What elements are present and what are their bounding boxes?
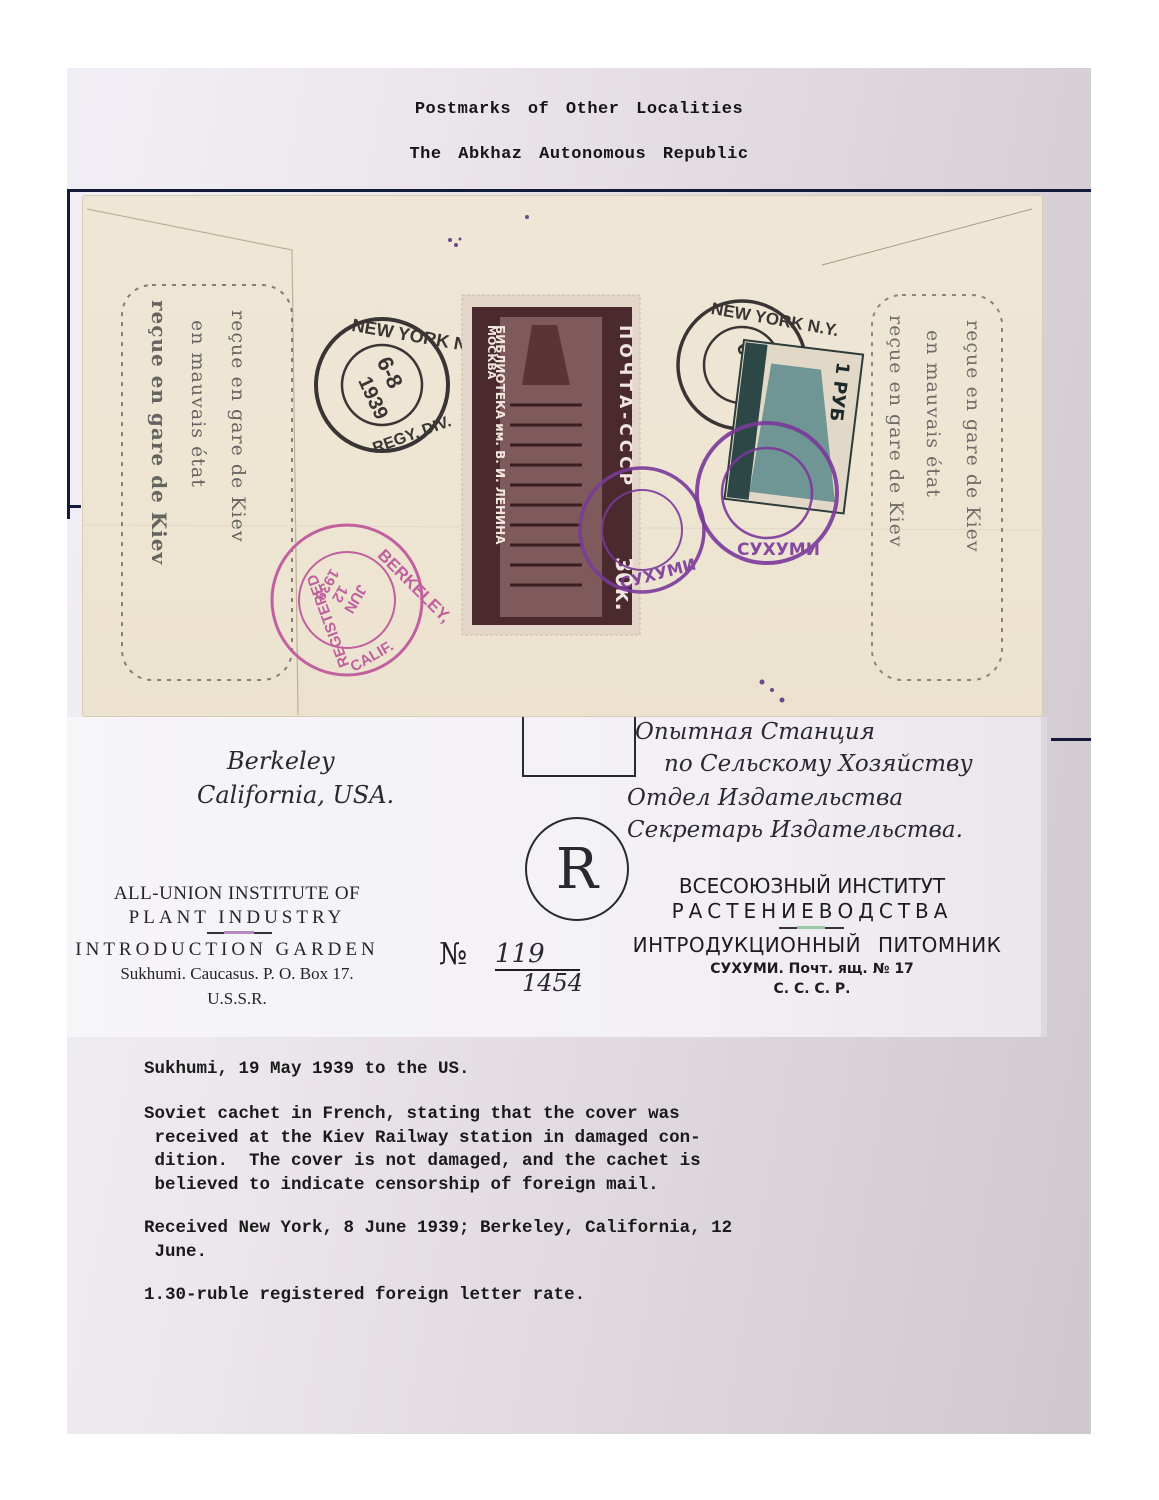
note-received: Received New York, 8 June 1939; Berkeley… [144, 1217, 732, 1264]
institute-ru-line-1: ВСЕСОЮЗНЫЙ ИНСТИТУТ [622, 874, 1002, 898]
handwritten-russian-line-2: по Сельскому Хозяйству [664, 751, 973, 777]
institute-en-line-4: Sukhumi. Caucasus. P. O. Box 17. [67, 964, 407, 984]
note-rate: 1.30-ruble registered foreign letter rat… [144, 1284, 585, 1308]
note-cachet: Soviet cachet in French, stating that th… [144, 1103, 701, 1197]
svg-text:en mauvais état: en mauvais état [922, 330, 944, 498]
kiev-cachet-right: reçue en gare de Kiev en mauvais état re… [872, 295, 1002, 680]
svg-text:ПОЧТА-СССР: ПОЧТА-СССР [615, 325, 635, 489]
svg-text:БИБЛИОТЕКА им. В. И. ЛЕНИНА: БИБЛИОТЕКА им. В. И. ЛЕНИНА [493, 325, 507, 545]
institute-ru-line-2: РАСТЕНИЕВОДСТВА [622, 899, 1002, 923]
cover-artwork: reçue en gare de Kiev en mauvais état re… [82, 195, 1043, 717]
institute-en-line-5: U.S.S.R. [67, 989, 407, 1009]
handwritten-russian-line-1: Опытная Станция [635, 719, 875, 745]
registration-r-mark: R [525, 817, 629, 921]
registration-box [522, 717, 636, 777]
svg-text:reçue en gare de Kiev: reçue en gare de Kiev [962, 320, 984, 553]
page-title: Postmarks of Other Localities [67, 100, 1091, 119]
berkeley-postmark: BERKELEY, CALIF. REGISTERED JUN 12 1939 [272, 525, 455, 676]
page-subtitle: The Abkhaz Autonomous Republic [67, 145, 1091, 164]
svg-text:en mauvais état: en mauvais état [187, 320, 209, 488]
handwritten-address-line-1: Berkeley [227, 747, 335, 775]
number-label: № [439, 937, 467, 972]
institute-en-line-1: ALL-UNION INSTITUTE OF [67, 883, 407, 905]
svg-text:СУХУМИ: СУХУМИ [737, 540, 820, 560]
institute-en-line-2: PLANT INDUSTRY [67, 907, 407, 929]
number-sub: 1454 [522, 969, 583, 997]
institute-ru-line-3: ИНТРОДУКЦИОННЫЙ ПИТОМНИК [612, 933, 1022, 957]
institute-en-line-3: INTRODUCTION GARDEN [47, 939, 407, 961]
kiev-cachet-left: reçue en gare de Kiev en mauvais état re… [122, 285, 292, 680]
handwritten-russian-line-3: Отдел Издательства [627, 785, 903, 811]
cover-envelope: reçue en gare de Kiev en mauvais état re… [82, 195, 1043, 717]
svg-text:NEW YORK N.Y.: NEW YORK N.Y. [710, 299, 840, 340]
svg-text:reçue en gare de Kiev: reçue en gare de Kiev [885, 315, 907, 548]
svg-text:reçue en gare de Kiev: reçue en gare de Kiev [147, 300, 171, 565]
svg-text:BERKELEY,: BERKELEY, [374, 546, 455, 627]
enclosure-card: Berkeley California, USA. R Опытная Стан… [67, 717, 1047, 1037]
handwritten-russian-line-4: Секретарь Издательства. [627, 817, 963, 843]
mount-frame-right [1051, 738, 1091, 741]
svg-text:reçue en gare de Kiev: reçue en gare de Kiev [227, 310, 249, 543]
institute-ru-line-4: СУХУМИ. Почт. ящ. № 17 [622, 961, 1002, 977]
mount-frame-corner [67, 505, 81, 508]
svg-text:REGY. DIV.: REGY. DIV. [371, 413, 454, 457]
flap-line-right [822, 209, 1032, 265]
handwritten-address-line-2: California, USA. [197, 781, 394, 809]
number-value: 119 [495, 939, 580, 971]
note-origin: Sukhumi, 19 May 1939 to the US. [144, 1058, 470, 1082]
institute-ru-line-5: С. С. С. Р. [622, 981, 1002, 997]
